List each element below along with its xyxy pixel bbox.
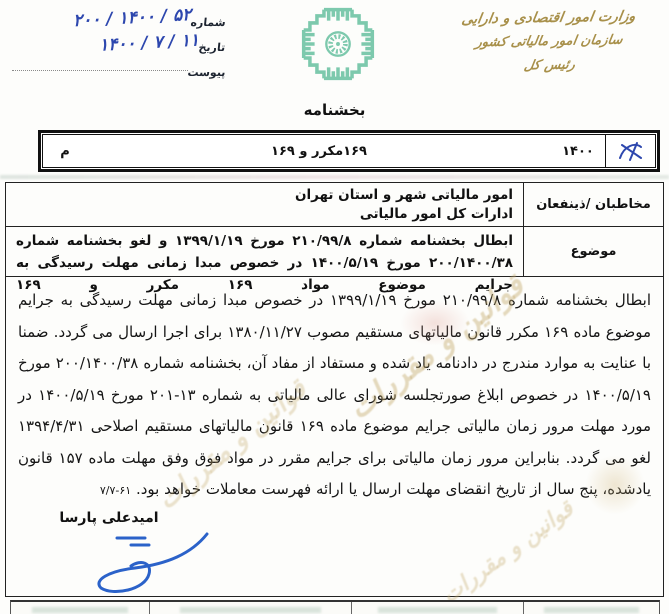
document-number-handwritten: ۲۰۰ / ۱۴۰۰ / ۵۲ <box>72 5 191 31</box>
attachment-dotted-line <box>12 58 188 71</box>
footer-table-cutoff <box>10 600 660 614</box>
audience-content: امور مالیاتی شهر و استان تهران ادارات کل… <box>6 183 523 226</box>
reference-code: ۷/۷-۶۱ <box>100 484 131 497</box>
document-date-row: تاریخ ۱۴۰۰ / ۷ / ۱۱ <box>6 33 226 54</box>
footer-faint-text <box>544 607 639 613</box>
document-title: بخشنامه <box>0 101 669 119</box>
footer-faint-text <box>32 607 129 613</box>
letterhead-organization-block: وزارت امور اقتصادی و دارایی سازمان امور … <box>438 4 659 80</box>
date-label: تاریخ <box>198 33 227 54</box>
audience-line-2: ادارات کل امور مالیاتی <box>16 205 513 224</box>
footer-cell <box>11 602 149 614</box>
scanned-circular-document: شماره ۲۰۰ / ۱۴۰۰ / ۵۲ تاریخ ۱۴۰۰ / ۷ / ۱… <box>0 0 669 614</box>
letterhead-number-block: شماره ۲۰۰ / ۱۴۰۰ / ۵۲ تاریخ ۱۴۰۰ / ۷ / ۱… <box>6 8 226 83</box>
scan-artifact-line <box>0 175 669 179</box>
audience-label: مخاطبان /ذینفعان <box>523 183 663 226</box>
role-title: رئیس کل <box>438 52 662 80</box>
body-paragraph-text: ابطال بخشنامه شماره ۲۱۰/۹۹/۸ مورخ ۱۳۹۹/۱… <box>18 291 651 498</box>
classification-strip-inner: ۱۴۰۰ ۱۶۹مکرر و ۱۶۹ م <box>42 134 656 168</box>
handwritten-approval-mark-icon <box>615 138 647 164</box>
year-cell: ۱۴۰۰ <box>551 135 605 167</box>
subject-row: موضوع ابطال بخشنامه شماره ۲۱۰/۹۹/۸ مورخ … <box>6 227 663 277</box>
attachment-label: پیوست <box>187 58 227 79</box>
subject-label: موضوع <box>523 227 663 276</box>
subject-content: ابطال بخشنامه شماره ۲۱۰/۹۹/۸ مورخ ۱۳۹۹/۱… <box>6 227 523 276</box>
footer-cell <box>149 602 351 614</box>
classification-strip: ۱۴۰۰ ۱۶۹مکرر و ۱۶۹ م <box>38 130 660 172</box>
footer-faint-text <box>180 607 321 613</box>
approval-mark-cell <box>605 135 655 167</box>
footer-cell <box>351 602 523 614</box>
audience-line-1: امور مالیاتی شهر و استان تهران <box>16 186 513 205</box>
audience-row: مخاطبان /ذینفعان امور مالیاتی شهر و استا… <box>6 183 663 227</box>
footer-faint-text <box>378 607 498 613</box>
tax-administration-emblem-icon <box>299 4 377 84</box>
attachment-row: پیوست <box>6 58 226 79</box>
body-paragraph: ابطال بخشنامه شماره ۲۱۰/۹۹/۸ مورخ ۱۳۹۹/۱… <box>6 277 663 507</box>
number-label: شماره <box>190 8 227 29</box>
signatory-name: امیدعلی پارسا <box>29 510 189 526</box>
document-number-row: شماره ۲۰۰ / ۱۴۰۰ / ۵۲ <box>6 8 226 29</box>
m-cell: م <box>43 135 87 167</box>
subject-code-cell: ۱۶۹مکرر و ۱۶۹ <box>87 135 551 167</box>
document-date-handwritten: ۱۴۰۰ / ۷ / ۱۱ <box>99 30 200 55</box>
handwritten-signature-icon <box>79 528 229 600</box>
footer-cell <box>523 602 659 614</box>
